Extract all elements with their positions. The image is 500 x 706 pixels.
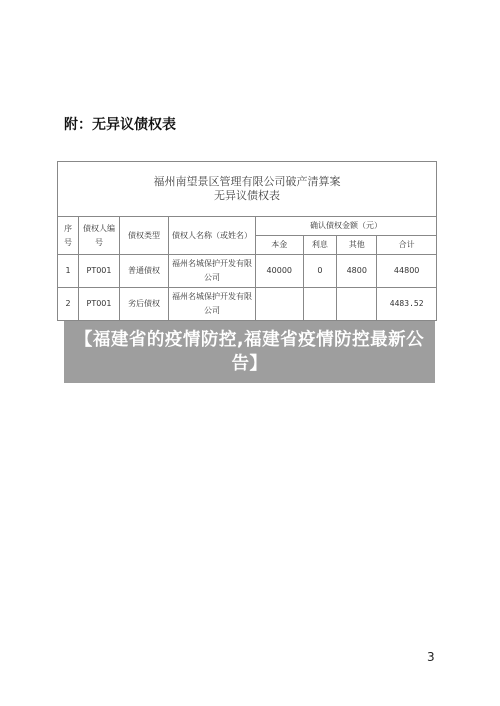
cell-interest: 0 — [303, 255, 337, 288]
header-row: 序号 债权人编号 债权类型 债权人名称（或姓名） 确认债权金额（元） — [58, 217, 437, 236]
cell-creditor-id: PT001 — [79, 288, 120, 321]
page-number: 3 — [427, 650, 435, 664]
header-creditor-name: 债权人名称（或姓名） — [169, 217, 256, 255]
cell-principal: 40000 — [256, 255, 304, 288]
cell-claim-type: 劣后债权 — [120, 288, 169, 321]
cell-total: 44800 — [377, 255, 437, 288]
cell-claim-type: 普通债权 — [120, 255, 169, 288]
header-other: 其他 — [337, 236, 377, 255]
cell-seq: 1 — [58, 255, 79, 288]
caption-table-name: 无异议债权表 — [61, 189, 433, 203]
header-claim-type: 债权类型 — [120, 217, 169, 255]
header-principal: 本金 — [256, 236, 304, 255]
table-row: 1 PT001 普通债权 福州名城保护开发有限公司 40000 0 4800 4… — [58, 255, 437, 288]
cell-creditor-name: 福州名城保护开发有限公司 — [169, 255, 256, 288]
table-caption-row: 福州南望景区管理有限公司破产清算案 无异议债权表 — [58, 162, 437, 217]
cell-other — [337, 288, 377, 321]
cell-other: 4800 — [337, 255, 377, 288]
cell-seq: 2 — [58, 288, 79, 321]
claims-table: 福州南望景区管理有限公司破产清算案 无异议债权表 序号 债权人编号 债权类型 债… — [57, 161, 437, 321]
cell-total: 4483.52 — [377, 288, 437, 321]
header-creditor-id: 债权人编号 — [79, 217, 120, 255]
appendix-title: 附：无异议债权表 — [64, 114, 176, 134]
table-row: 2 PT001 劣后债权 福州名城保护开发有限公司 4483.52 — [58, 288, 437, 321]
cell-creditor-id: PT001 — [79, 255, 120, 288]
header-confirmed-amount: 确认债权金额（元） — [256, 217, 437, 236]
header-interest: 利息 — [303, 236, 337, 255]
article-title-overlay: 【福建省的疫情防控,福建省疫情防控最新公告】 — [64, 321, 435, 383]
header-seq: 序号 — [58, 217, 79, 255]
header-total: 合计 — [377, 236, 437, 255]
cell-creditor-name: 福州名城保护开发有限公司 — [169, 288, 256, 321]
table-caption: 福州南望景区管理有限公司破产清算案 无异议债权表 — [58, 162, 437, 217]
cell-interest — [303, 288, 337, 321]
caption-case-name: 福州南望景区管理有限公司破产清算案 — [61, 175, 433, 189]
cell-principal — [256, 288, 304, 321]
